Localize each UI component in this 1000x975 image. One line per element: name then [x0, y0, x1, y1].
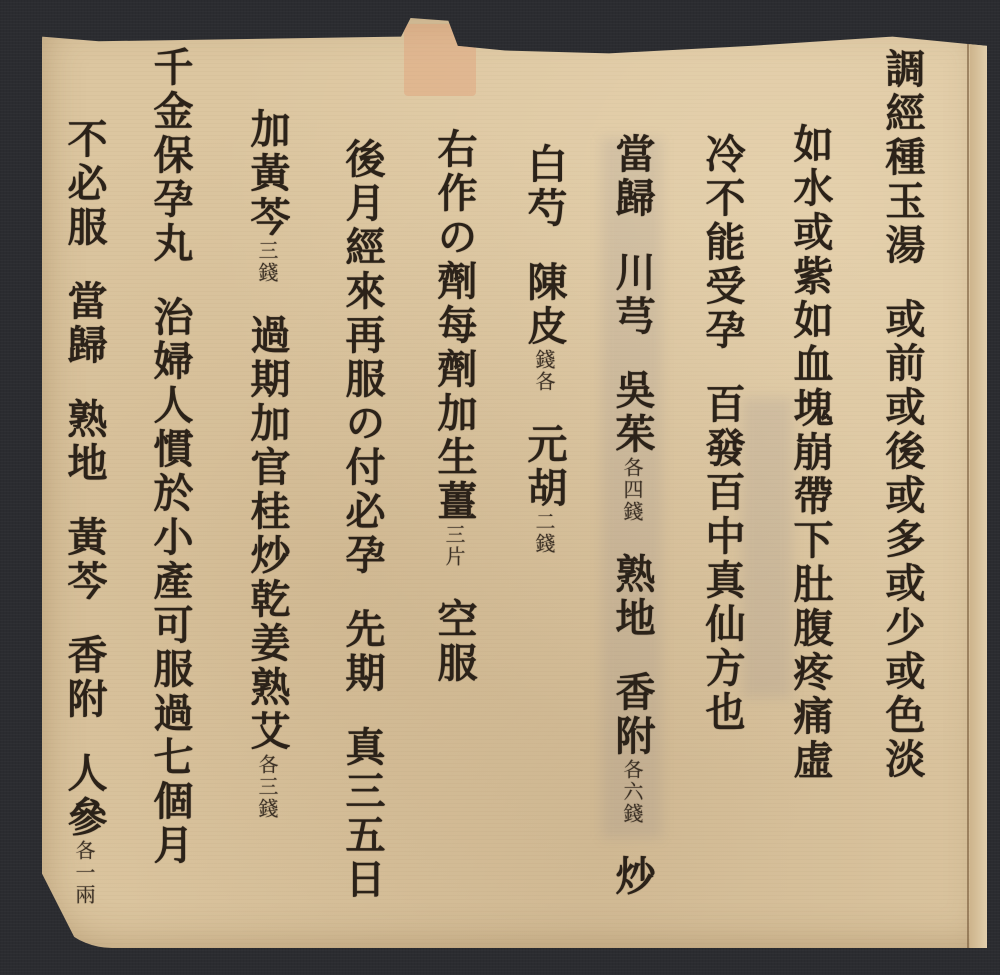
dosage-note: 二錢	[532, 511, 556, 555]
column-segment: 白芍	[521, 143, 568, 231]
column-segment: 過期加官桂炒乾姜熟艾	[244, 314, 291, 754]
column-segment: 陳皮	[521, 261, 568, 349]
column-segment: 當歸	[609, 133, 656, 221]
manuscript-page: 調經種玉湯或前或後或多或少或色淡 如水或紫如血塊崩帶下肚腹疼痛虛 冷不能受孕百發…	[42, 18, 987, 948]
column-segment: 千金保孕丸	[147, 46, 194, 266]
column-segment: 空服	[431, 598, 478, 686]
column-segment: 先期	[339, 608, 386, 696]
faded-seal-stamp	[404, 24, 476, 96]
column-segment: 人參	[61, 752, 108, 840]
dosage-note: 三片	[442, 524, 466, 568]
column-segment: 吳茱	[609, 369, 656, 457]
column-segment: 香附	[609, 671, 656, 759]
text-column-8: 加黃芩三錢過期加官桂炒乾姜熟艾各三錢	[247, 108, 287, 820]
column-segment: 香附	[61, 634, 108, 722]
column-segment: 加黃芩	[244, 108, 291, 240]
column-segment: 右作の劑每劑加生薑	[431, 128, 478, 524]
dosage-note: 錢各	[532, 349, 556, 393]
dosage-note: 各六錢	[620, 759, 644, 825]
adjacent-page-edge	[970, 18, 987, 948]
text-column-7: 後月經來再服の付必孕先期真三五日	[342, 138, 382, 902]
column-segment: 百發百中真仙方也	[699, 383, 746, 735]
water-stain	[742, 398, 792, 698]
text-column-10: 不必服當歸熟地黃芩香附人參各一兩	[64, 118, 104, 906]
column-segment: 後月經來再服の付必孕	[339, 138, 386, 578]
column-segment: 熟地	[609, 553, 656, 641]
column-segment: 熟地	[61, 398, 108, 486]
text-column-9: 千金保孕丸治婦人慣於小產可服過七個月	[150, 46, 190, 868]
dosage-note: 各三錢	[255, 754, 279, 820]
dosage-note: 各四錢	[620, 457, 644, 523]
text-column-1: 調經種玉湯或前或後或多或少或色淡	[882, 48, 922, 782]
column-segment: 元胡	[521, 423, 568, 511]
text-column-5: 白芍陳皮錢各元胡二錢	[524, 143, 564, 555]
text-column-6: 右作の劑每劑加生薑三片空服	[434, 128, 474, 686]
column-segment: 不必服	[61, 118, 108, 250]
scan-background: 調經種玉湯或前或後或多或少或色淡 如水或紫如血塊崩帶下肚腹疼痛虛 冷不能受孕百發…	[0, 0, 1000, 975]
text-column-4: 當歸川芎吳茱各四錢熟地香附各六錢炒	[612, 133, 652, 899]
column-segment: 治婦人慣於小產可服過七個月	[147, 296, 194, 868]
column-segment: 川芎	[609, 251, 656, 339]
column-segment: 炒	[609, 855, 656, 899]
column-segment: 冷不能受孕	[699, 133, 746, 353]
text-column-3: 冷不能受孕百發百中真仙方也	[702, 133, 742, 735]
page-fold-line	[967, 18, 969, 948]
dosage-note: 三錢	[255, 240, 279, 284]
text-column-2: 如水或紫如血塊崩帶下肚腹疼痛虛	[790, 123, 830, 783]
column-segment: 或前或後或多或少或色淡	[879, 298, 926, 782]
column-segment: 當歸	[61, 280, 108, 368]
dosage-note: 各一兩	[72, 840, 96, 906]
column-segment: 真	[339, 726, 386, 770]
column-segment: 三五日	[339, 770, 386, 902]
column-segment: 黃芩	[61, 516, 108, 604]
column-segment: 如水或紫如血塊崩帶下肚腹疼痛虛	[787, 123, 834, 783]
column-segment: 調經種玉湯	[879, 48, 926, 268]
